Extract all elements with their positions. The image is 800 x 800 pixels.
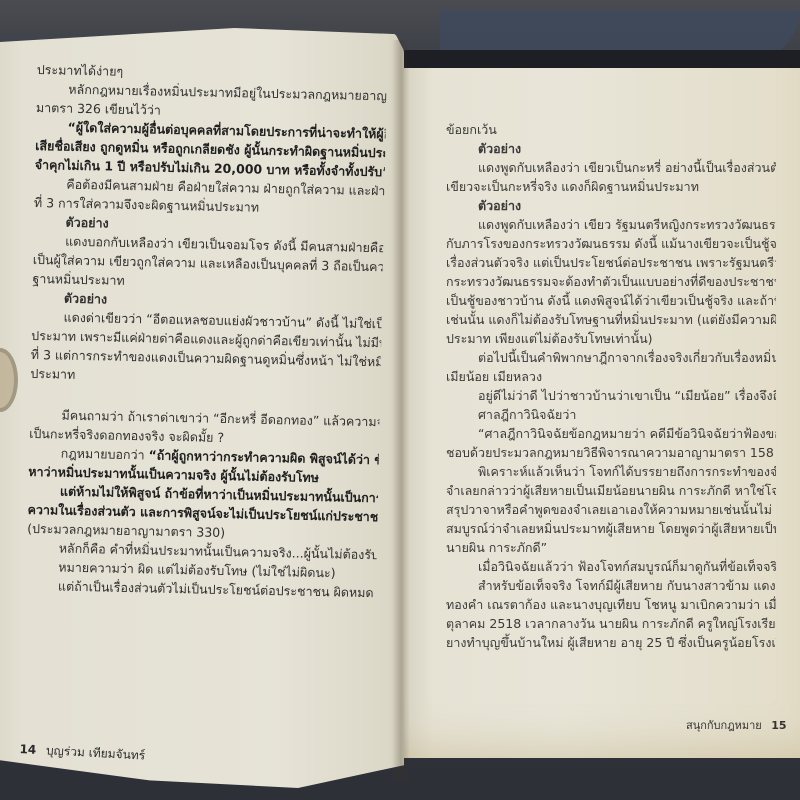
- author-name: บุญร่วม เทียมจันทร์: [46, 743, 146, 762]
- text-line: ศาลฎีกาวินิจฉัยว่า: [446, 405, 776, 424]
- text-line: เช่นนั้น แดงก็ไม่ต้องรับโทษฐานที่หมิ่นปร…: [446, 310, 776, 329]
- text-line: แดงพูดกับเหลืองว่า เขียว รัฐมนตรีหญิงกระ…: [446, 215, 776, 234]
- text-line: ประมาท เพียงแต่ไม่ต้องรับโทษเท่านั้น): [446, 329, 776, 348]
- text-line: เรื่องส่วนตัวจริง แต่เป็นประโยชน์ต่อประช…: [446, 253, 776, 272]
- text-line: กับภารโรงของกระทรวงวัฒนธรรม ดังนี้ แม้นา…: [446, 234, 776, 253]
- book-title: สนุกกับกฎหมาย: [686, 719, 762, 732]
- court-quote-line: นายผิน การะภักดี”: [446, 538, 776, 557]
- text-line: สำหรับข้อเท็จจริง โจทก์มีผู้เสียหาย กับน…: [446, 576, 776, 595]
- text-line: แดงพูดกับเหลืองว่า เขียวเป็นกะหรี่ อย่าง…: [446, 158, 776, 177]
- section-title: เมียน้อย เมียหลวง: [446, 367, 776, 386]
- page-number: 14: [19, 742, 36, 757]
- text-line: ตุลาคม 2518 เวลากลางวัน นายผิน การะภักดี…: [446, 614, 776, 633]
- text-line: ข้อยกเว้น: [446, 120, 776, 139]
- book-spine: [392, 40, 410, 780]
- court-quote-line: “ศาลฎีกาวินิจฉัยข้อกฎหมายว่า คดีมีข้อวิน…: [446, 424, 776, 443]
- text-normal: กฎหมายบอกว่า: [61, 446, 149, 463]
- text-line: กระทรวงวัฒนธรรมจะต้องทำตัวเป็นแบบอย่างที…: [446, 272, 776, 291]
- court-quote-line: พิเคราะห์แล้วเห็นว่า โจทก์ได้บรรยายถึงกา…: [446, 462, 776, 481]
- text-line: เป็นชู้ของชาวบ้าน ดังนี้ แดงพิสูจน์ได้ว่…: [446, 291, 776, 310]
- court-quote-line: จำเลยกล่าวว่าผู้เสียหายเป็นเมียน้อยนายผิ…: [446, 481, 776, 500]
- right-page-body: ข้อยกเว้น ตัวอย่าง แดงพูดกับเหลืองว่า เข…: [446, 120, 776, 652]
- example-heading: ตัวอย่าง: [446, 196, 776, 215]
- text-line: ทองคำ เณรตาก้อง และนางบุญเทียบ โชหนู มาเ…: [446, 595, 776, 614]
- text-line: อยู่ดีไม่ว่าดี ไปว่าชาวบ้านว่าเขาเป็น “เ…: [446, 386, 776, 405]
- right-page-footer: สนุกกับกฎหมาย 15: [686, 716, 787, 734]
- text-line: เขียวจะเป็นกะหรี่จริง แดงก็ผิดฐานหมิ่นปร…: [446, 177, 776, 196]
- court-quote-line: สมบูรณ์ว่าจำเลยหมิ่นประมาทผู้เสียหาย โดย…: [446, 519, 776, 538]
- text-line: ต่อไปนี้เป็นคำพิพากษาฎีกาจากเรื่องจริงเก…: [446, 348, 776, 367]
- left-page-body: ประมาทได้ง่ายๆ หลักกฎหมายเรื่องหมิ่นประม…: [26, 60, 387, 602]
- example-heading: ตัวอย่าง: [446, 139, 776, 158]
- text-line: เมื่อวินิจฉัยแล้วว่า ฟ้องโจทก์สมบูรณ์ก็ม…: [446, 557, 776, 576]
- court-quote-line: สรุปวาจาหรือคำพูดของจำเลยเอาเองให้ความหม…: [446, 500, 776, 519]
- text-line: ยางทำบุญขึ้นบ้านใหม่ ผู้เสียหาย อายุ 25 …: [446, 633, 776, 652]
- page-number: 15: [771, 719, 786, 732]
- court-quote-line: ชอบด้วยประมวลกฎหมายวิธีพิจารณาความอาญามา…: [446, 443, 776, 462]
- page-edge-shadow: [402, 50, 800, 68]
